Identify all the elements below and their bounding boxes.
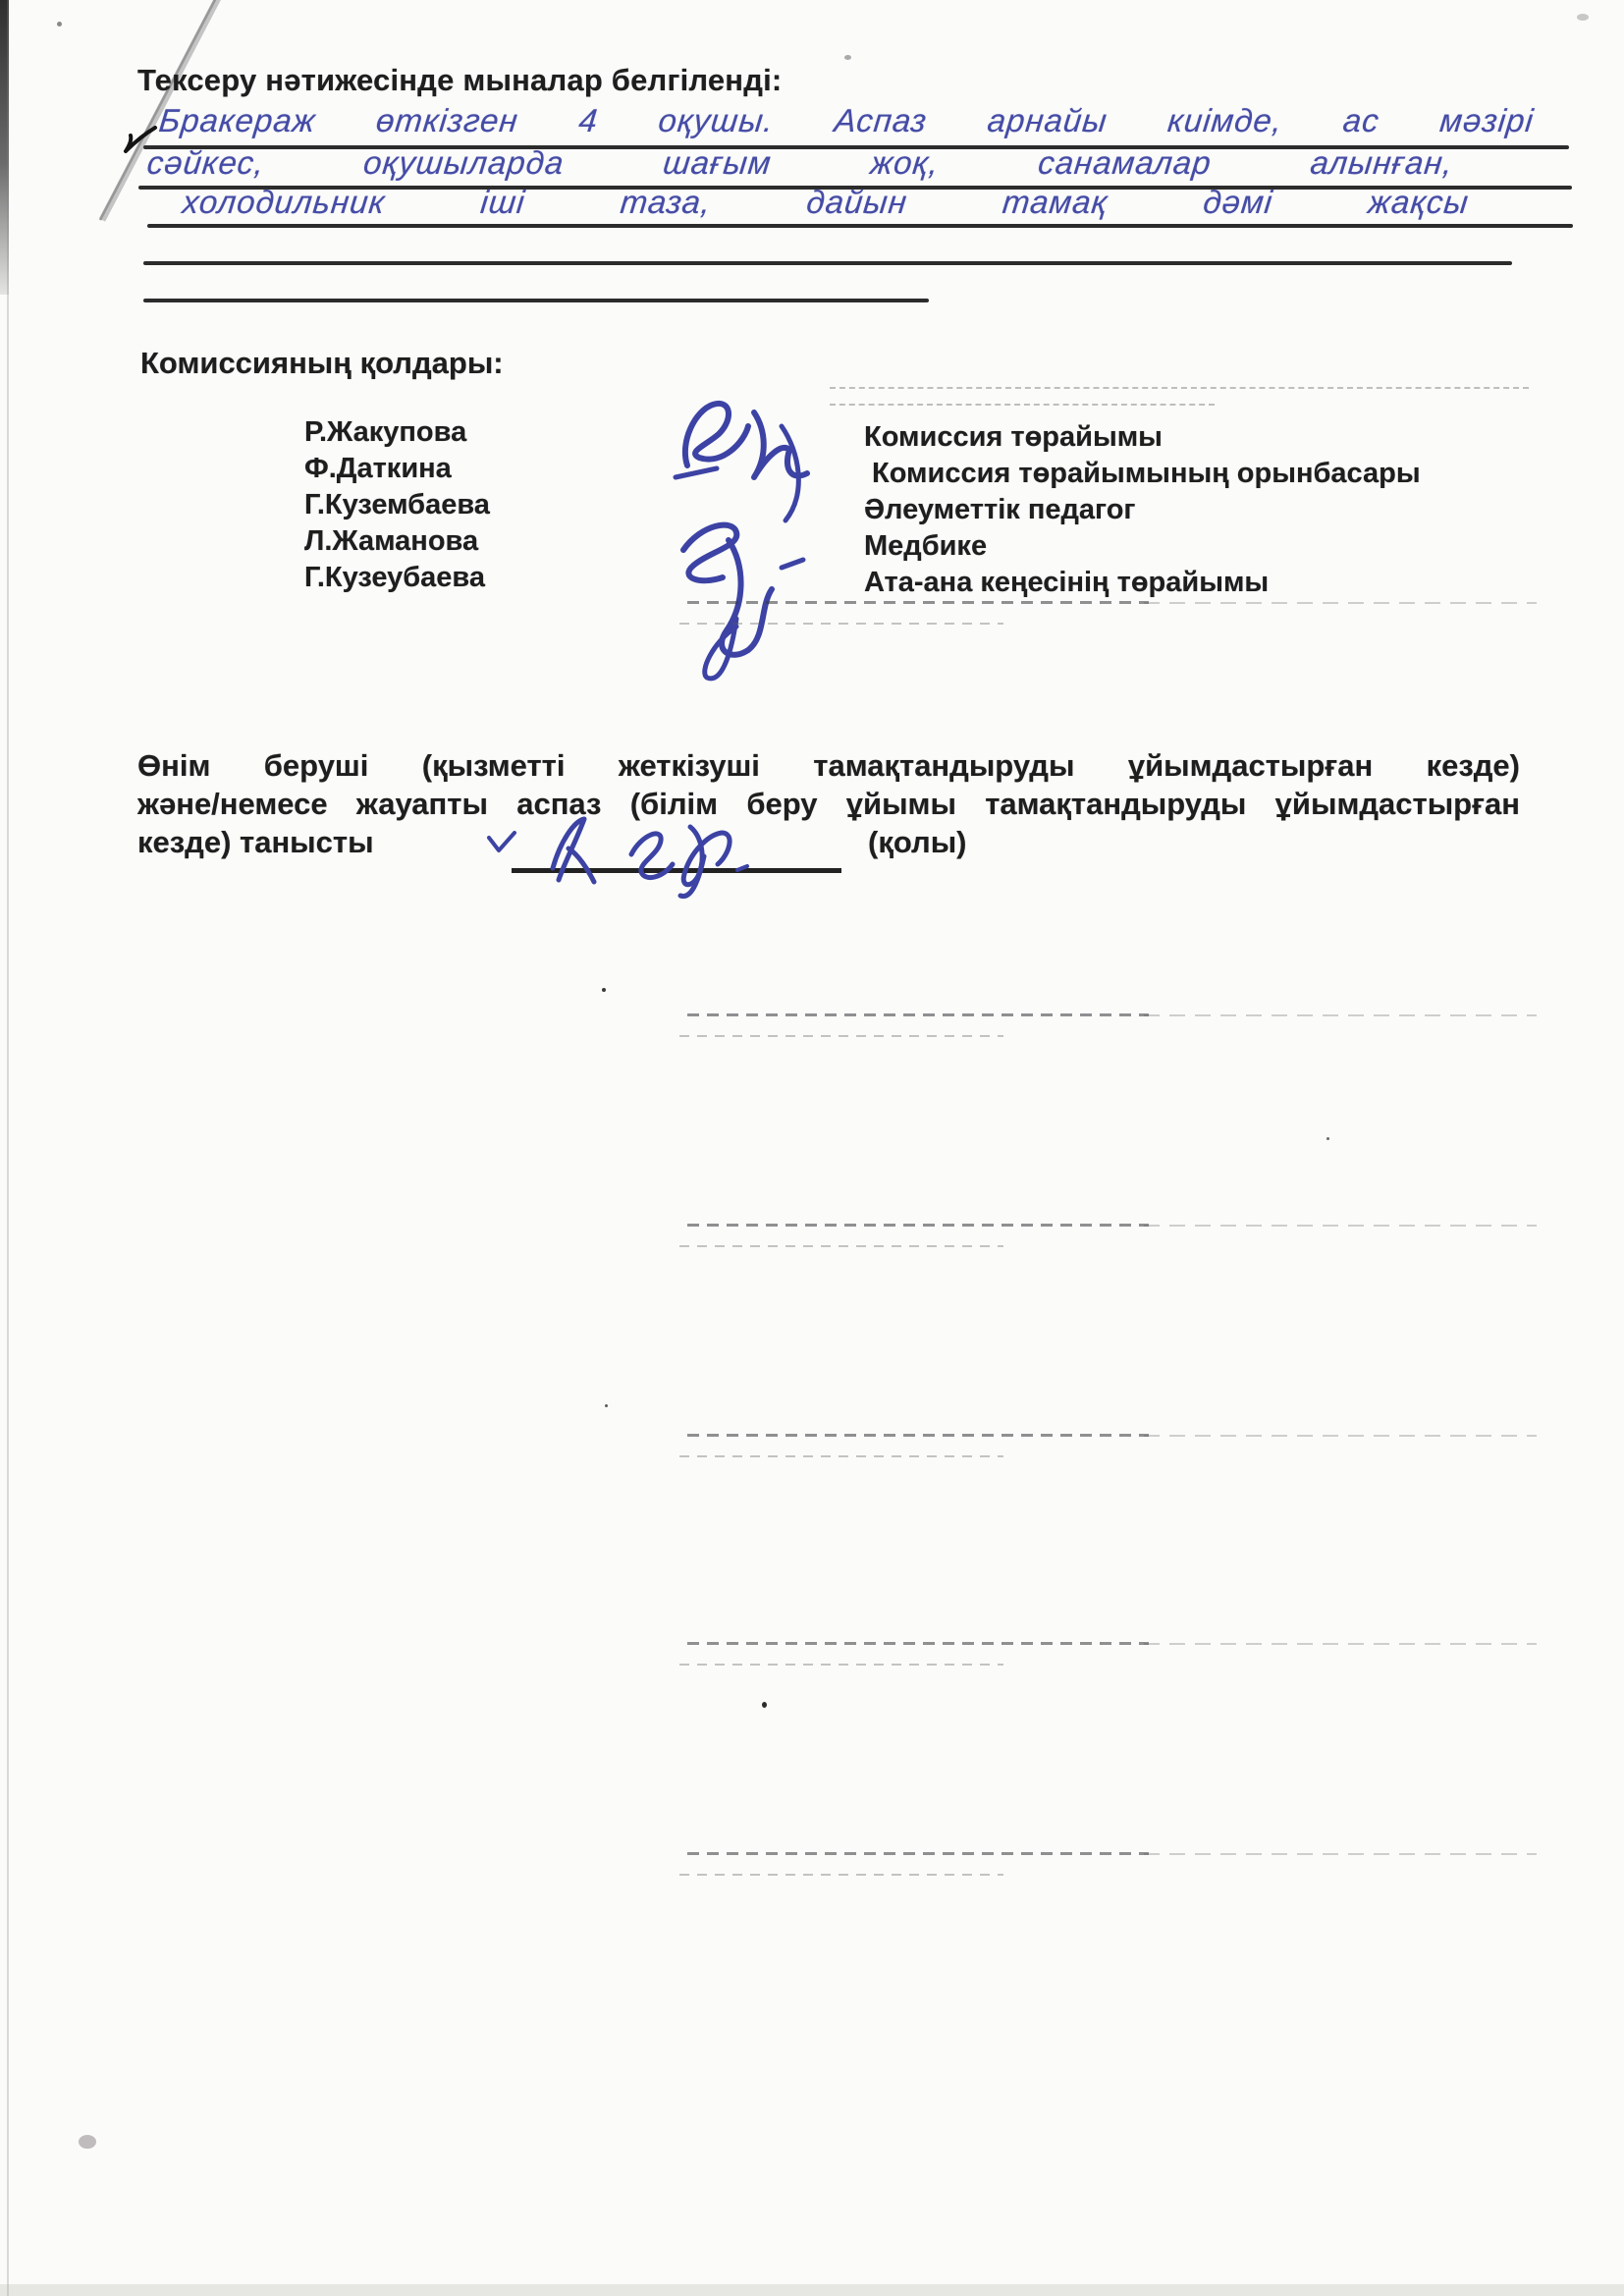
streak-line <box>679 1245 1003 1247</box>
streak-line <box>687 1013 1149 1016</box>
handwritten-finding-3: холодильник іші таза, дайын тамақ дәмі ж… <box>181 184 1471 221</box>
streak-line <box>1144 1435 1537 1437</box>
commission-signatures <box>589 383 844 707</box>
handwritten-finding-1: Бракераж өткізген 4 оқушы. Аспаз арнайы … <box>157 102 1536 139</box>
streak-line <box>687 601 1149 604</box>
member-role-2: Комиссия төрайымының орынбасары <box>872 458 1421 490</box>
streak-line <box>1144 1853 1537 1855</box>
scan-artifact-streak <box>0 1852 1624 1882</box>
streak-line <box>679 1455 1003 1457</box>
signature-stroke <box>568 848 594 882</box>
scan-speck <box>57 22 62 27</box>
acknowledgement-line-1: Өнім беруші (қызметті жеткізуші тамақтан… <box>137 748 1520 784</box>
streak-line <box>687 1852 1149 1855</box>
signature-stroke <box>722 540 772 655</box>
scan-speck <box>844 55 851 60</box>
blank-rule-short <box>143 299 929 302</box>
streak-line <box>687 1642 1149 1645</box>
member-role-1: Комиссия төрайымы <box>864 421 1163 454</box>
streak-line <box>679 1664 1003 1666</box>
scan-speck <box>1326 1137 1329 1140</box>
member-name-2: Ф.Даткина <box>304 453 452 485</box>
streak-line <box>679 1035 1003 1037</box>
streak-line <box>1144 1014 1537 1016</box>
signature-stroke <box>737 866 747 870</box>
member-role-3: Әлеуметтік педагог <box>864 494 1136 526</box>
streak-line <box>1144 1643 1537 1645</box>
check-tick-stroke <box>489 833 514 850</box>
scan-artifact-streak <box>0 1434 1624 1463</box>
streak-line <box>679 623 1003 625</box>
findings-rule-3 <box>147 224 1573 228</box>
member-name-4: Л.Жаманова <box>304 525 478 558</box>
blank-rule-long <box>143 261 1512 265</box>
scan-speck <box>1577 14 1589 21</box>
scan-bottom-shade <box>0 2284 1624 2296</box>
streak-line <box>679 1874 1003 1876</box>
member-name-5: Г.Кузеубаева <box>304 562 485 594</box>
signature-stroke <box>685 404 748 465</box>
handwritten-check-tick <box>486 830 517 855</box>
scan-speck <box>602 988 606 992</box>
streak-line <box>687 1434 1149 1437</box>
signature-stroke <box>683 827 730 885</box>
scan-artifact-dotline <box>830 387 1529 389</box>
scan-artifact-streak <box>0 1224 1624 1253</box>
scan-artifact-streak <box>0 601 1624 630</box>
acknowledgement-line-3-prefix: кезде) танысты <box>137 825 374 860</box>
scan-edge-line <box>7 0 9 2296</box>
scan-artifact-streak <box>0 1642 1624 1671</box>
streak-line <box>1144 602 1537 604</box>
scanned-document-page: Тексеру нәтижесінде мыналар белгіленді: … <box>0 0 1624 2296</box>
acknowledgement-ink-signature <box>525 797 790 905</box>
results-heading: Тексеру нәтижесінде мыналар белгіленді: <box>137 63 782 98</box>
signature-stroke <box>683 525 736 581</box>
signature-stroke <box>676 468 717 477</box>
scan-artifact-streak <box>0 1013 1624 1043</box>
signatures-heading: Комиссияның қолдары: <box>140 346 504 381</box>
scan-speck <box>605 1404 608 1407</box>
handwritten-finding-2: сәйкес, оқушыларда шағым жоқ, санамалар … <box>145 144 1455 182</box>
signature-stroke <box>631 834 673 878</box>
scan-smudge <box>79 2135 96 2149</box>
member-name-1: Р.Жакупова <box>304 416 466 449</box>
streak-line <box>1144 1225 1537 1227</box>
signature-stroke <box>782 560 803 568</box>
scan-speck <box>762 1702 767 1708</box>
member-name-3: Г.Кузембаева <box>304 489 490 521</box>
acknowledgement-line-3-suffix: (қолы) <box>868 825 967 860</box>
member-role-5: Ата-ана кеңесінің төрайымы <box>864 567 1269 599</box>
member-role-4: Медбике <box>864 530 987 563</box>
scan-artifact-dotline <box>830 404 1215 406</box>
streak-line <box>687 1224 1149 1227</box>
acknowledgement-line-2: және/немесе жауапты аспаз (білім беру ұй… <box>137 787 1520 822</box>
